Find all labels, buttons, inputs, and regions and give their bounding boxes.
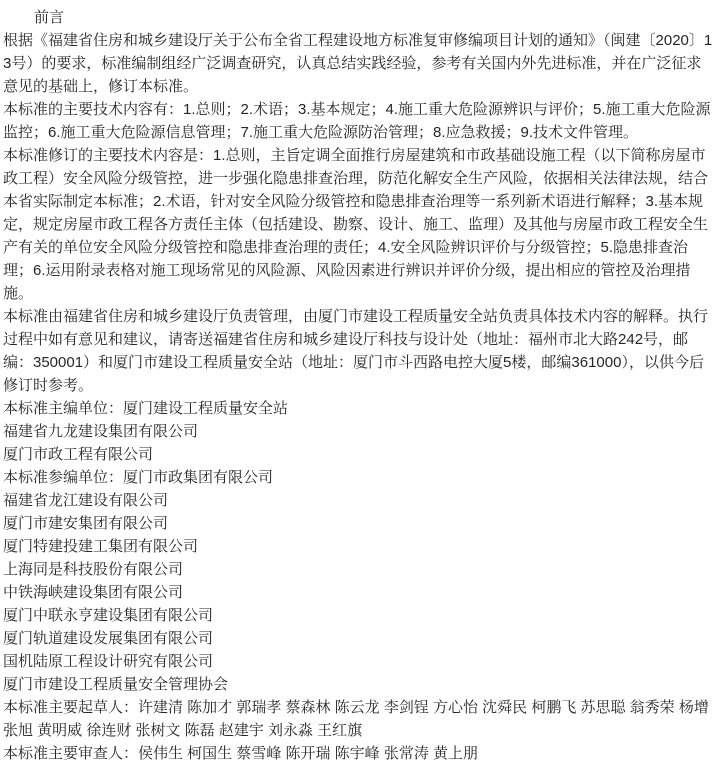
document-page: 前言 根据《福建省住房和城乡建设厅关于公布全省工程建设地方标准复审修编项目计划的… — [0, 0, 718, 773]
unit-line: 厦门市建安集团有限公司 — [3, 512, 716, 535]
unit-line: 厦门市建设工程质量安全管理协会 — [3, 673, 716, 696]
chief-editing-unit-line: 本标准主编单位：厦门建设工程质量安全站 — [3, 397, 716, 420]
page-title: 前言 — [3, 6, 716, 29]
unit-line: 厦门市政工程有限公司 — [3, 443, 716, 466]
unit-line: 福建省龙江建设有限公司 — [3, 489, 716, 512]
unit-line: 厦门特建投建工集团有限公司 — [3, 535, 716, 558]
reviewers-line: 本标准主要审查人：侯伟生 柯国生 蔡雪峰 陈开瑞 陈宇峰 张常涛 黄上朋 — [3, 742, 716, 765]
paragraph-management-contact: 本标准由福建省住房和城乡建设厅负责管理，由厦门市建设工程质量安全站负责具体技术内… — [3, 305, 716, 397]
paragraph-main-contents: 本标准的主要技术内容有：1.总则；2.术语；3.基本规定；4.施工重大危险源辨识… — [3, 98, 716, 144]
paragraph-revision-contents: 本标准修订的主要技术内容是：1.总则，主旨定调全面推行房屋建筑和市政基础设施工程… — [3, 144, 716, 305]
unit-line: 福建省九龙建设集团有限公司 — [3, 420, 716, 443]
unit-line: 厦门轨道建设发展集团有限公司 — [3, 627, 716, 650]
unit-line: 上海同是科技股份有限公司 — [3, 558, 716, 581]
paragraph-basis: 根据《福建省住房和城乡建设厅关于公布全省工程建设地方标准复审修编项目计划的通知》… — [3, 29, 716, 98]
drafters-line: 本标准主要起草人：许建清 陈加才 郭瑞孝 蔡森林 陈云龙 李剑锃 方心怡 沈舜民… — [3, 696, 716, 742]
unit-line: 厦门中联永亨建设集团有限公司 — [3, 604, 716, 627]
unit-line: 国机陆原工程设计研究有限公司 — [3, 650, 716, 673]
unit-line: 中铁海峡建设集团有限公司 — [3, 581, 716, 604]
participating-units-line: 本标准参编单位：厦门市政集团有限公司 — [3, 466, 716, 489]
